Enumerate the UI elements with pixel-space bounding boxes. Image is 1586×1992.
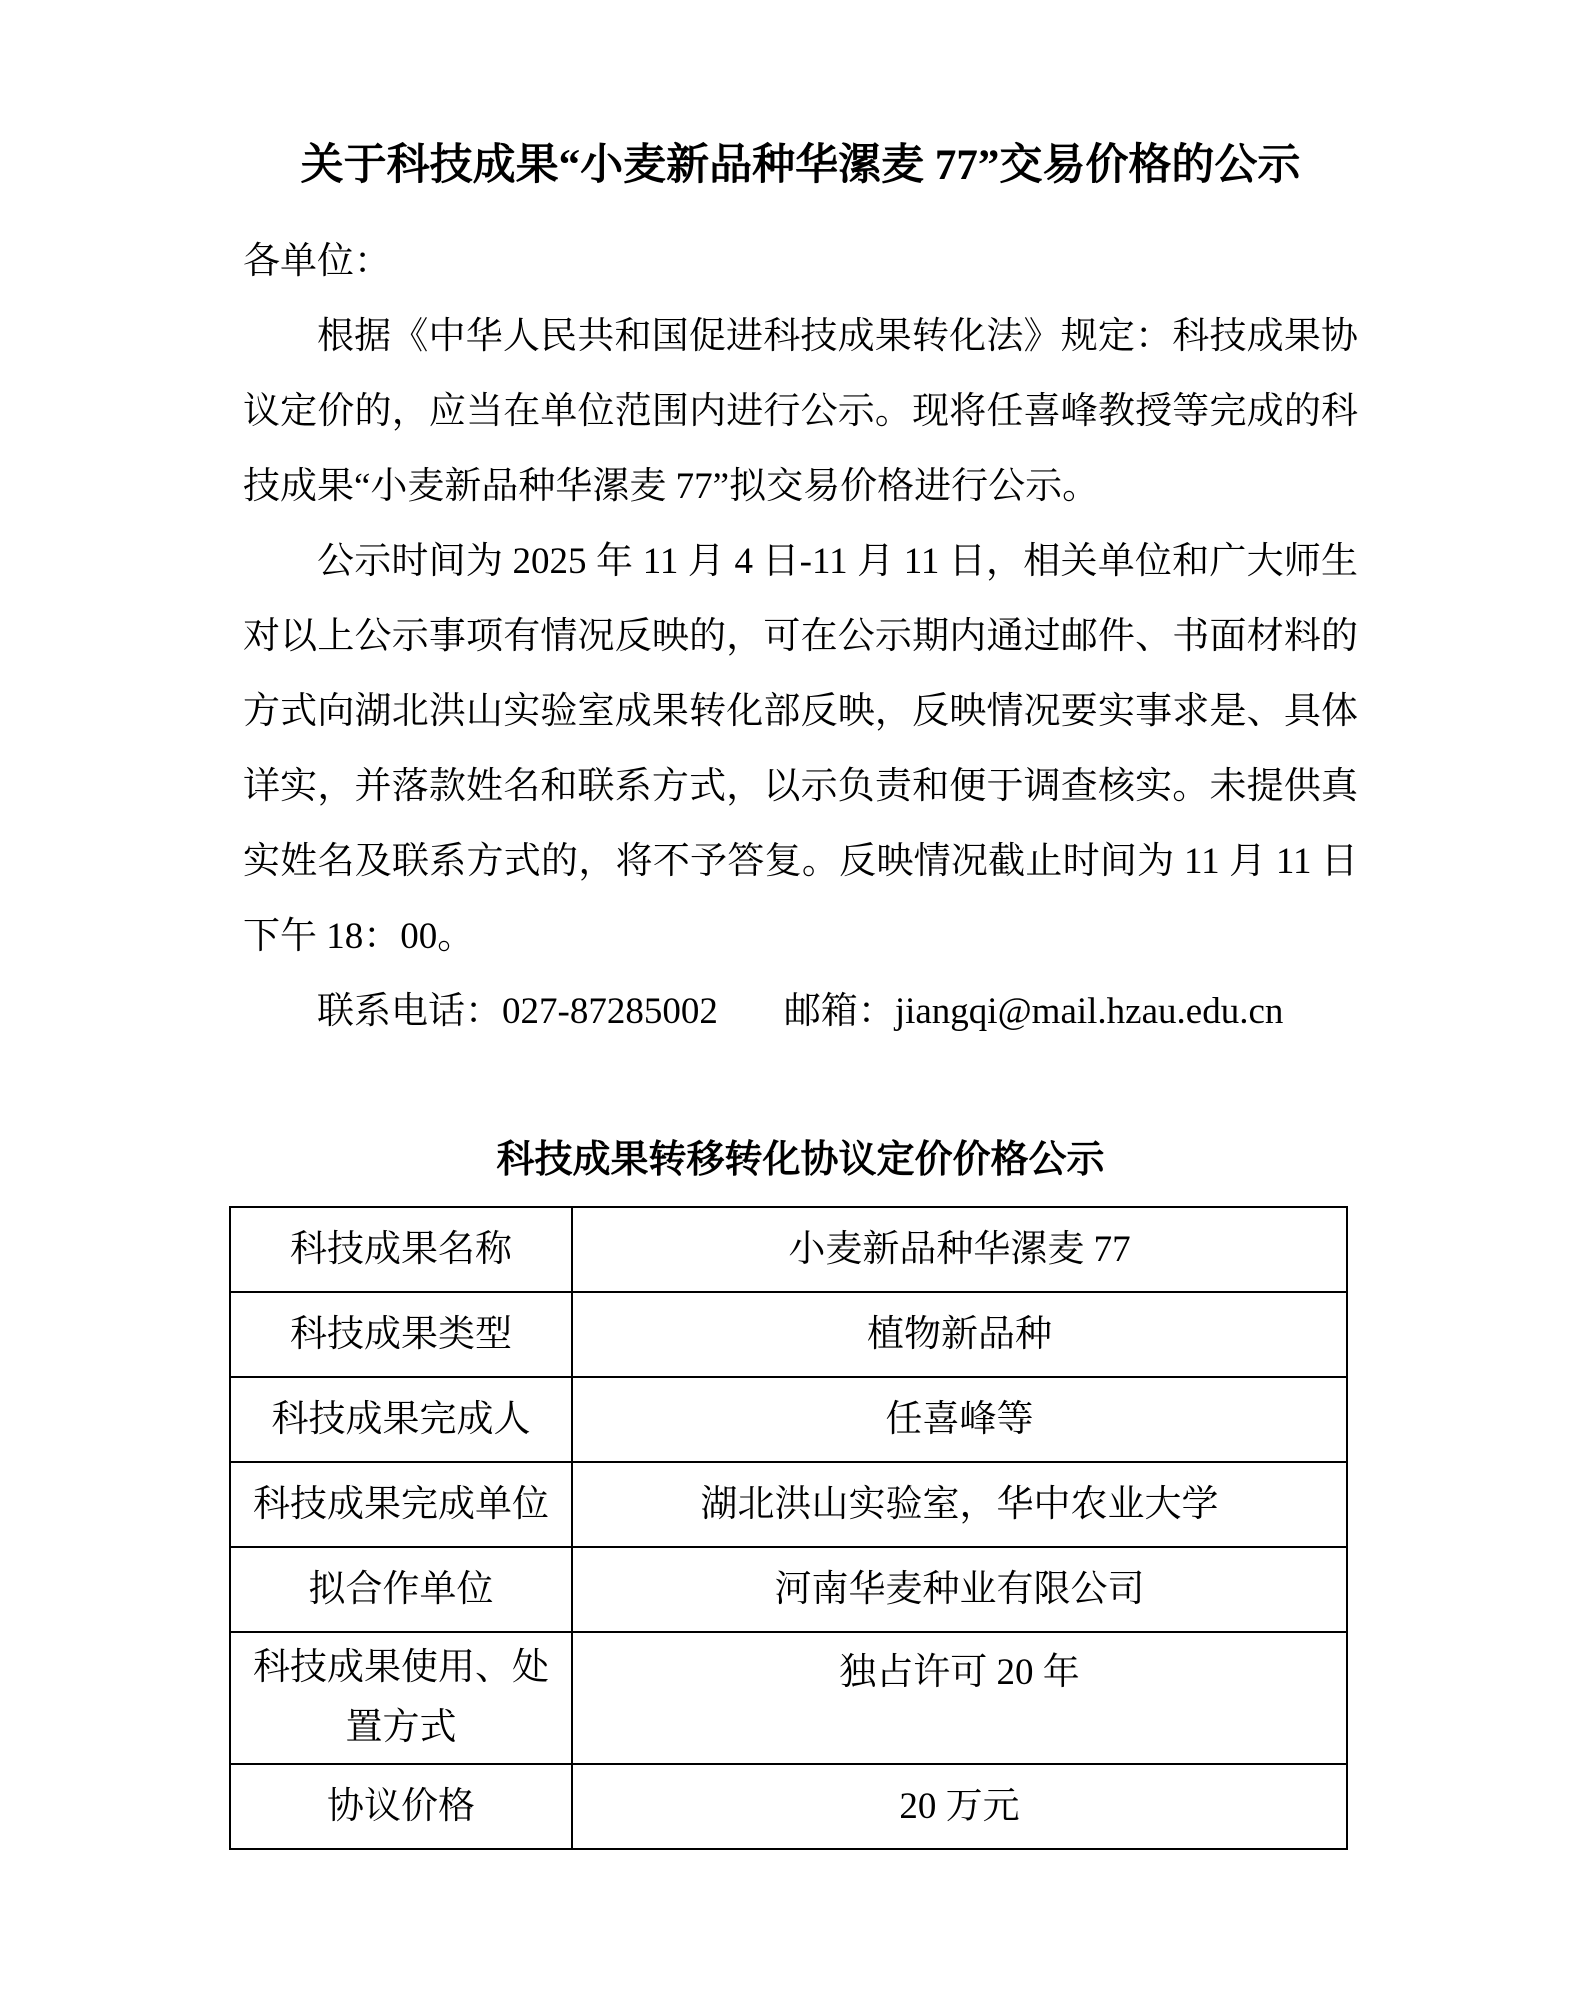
pricing-table: 科技成果名称 小麦新品种华漯麦 77 科技成果类型 植物新品种 科技成果完成人 … xyxy=(229,1206,1348,1850)
paragraph-basis: 根据《中华人民共和国促进科技成果转化法》规定：科技成果协议定价的，应当在单位范围… xyxy=(243,299,1358,524)
table-row-disposal-method: 科技成果使用、处置方式 独占许可 20 年 xyxy=(230,1632,1347,1764)
document-page: 关于科技成果“小麦新品种华漯麦 77”交易价格的公示 各单位： 根据《中华人民共… xyxy=(243,0,1358,1850)
table-row-completer: 科技成果完成人 任喜峰等 xyxy=(230,1377,1347,1462)
row-value: 植物新品种 xyxy=(572,1292,1347,1377)
row-value: 独占许可 20 年 xyxy=(572,1632,1347,1764)
contact-line: 联系电话：027-87285002邮箱：jiangqi@mail.hzau.ed… xyxy=(243,974,1358,1049)
phone-number: 027-87285002 xyxy=(502,991,718,1032)
row-label: 科技成果名称 xyxy=(230,1207,572,1292)
page-title: 关于科技成果“小麦新品种华漯麦 77”交易价格的公示 xyxy=(243,135,1358,197)
row-value: 任喜峰等 xyxy=(572,1377,1347,1462)
email-address: jiangqi@mail.hzau.edu.cn xyxy=(895,991,1284,1032)
paragraph-publicity-period: 公示时间为 2025 年 11 月 4 日-11 月 11 日，相关单位和广大师… xyxy=(243,524,1358,974)
row-label: 拟合作单位 xyxy=(230,1547,572,1632)
salutation: 各单位： xyxy=(243,224,1358,299)
table-row-name: 科技成果名称 小麦新品种华漯麦 77 xyxy=(230,1207,1347,1292)
row-value: 小麦新品种华漯麦 77 xyxy=(572,1207,1347,1292)
row-label: 科技成果完成人 xyxy=(230,1377,572,1462)
table-row-agreed-price: 协议价格 20 万元 xyxy=(230,1764,1347,1849)
row-label: 科技成果类型 xyxy=(230,1292,572,1377)
row-value: 河南华麦种业有限公司 xyxy=(572,1547,1347,1632)
table-row-type: 科技成果类型 植物新品种 xyxy=(230,1292,1347,1377)
row-value: 20 万元 xyxy=(572,1764,1347,1849)
row-label: 协议价格 xyxy=(230,1764,572,1849)
table-row-partner-unit: 拟合作单位 河南华麦种业有限公司 xyxy=(230,1547,1347,1632)
pricing-table-title: 科技成果转移转化协议定价价格公示 xyxy=(243,1123,1358,1198)
phone-label: 联系电话： xyxy=(317,991,502,1032)
table-row-completing-unit: 科技成果完成单位 湖北洪山实验室，华中农业大学 xyxy=(230,1462,1347,1547)
row-label: 科技成果使用、处置方式 xyxy=(230,1632,572,1764)
row-value: 湖北洪山实验室，华中农业大学 xyxy=(572,1462,1347,1547)
row-label: 科技成果完成单位 xyxy=(230,1462,572,1547)
email-label: 邮箱： xyxy=(784,991,895,1032)
